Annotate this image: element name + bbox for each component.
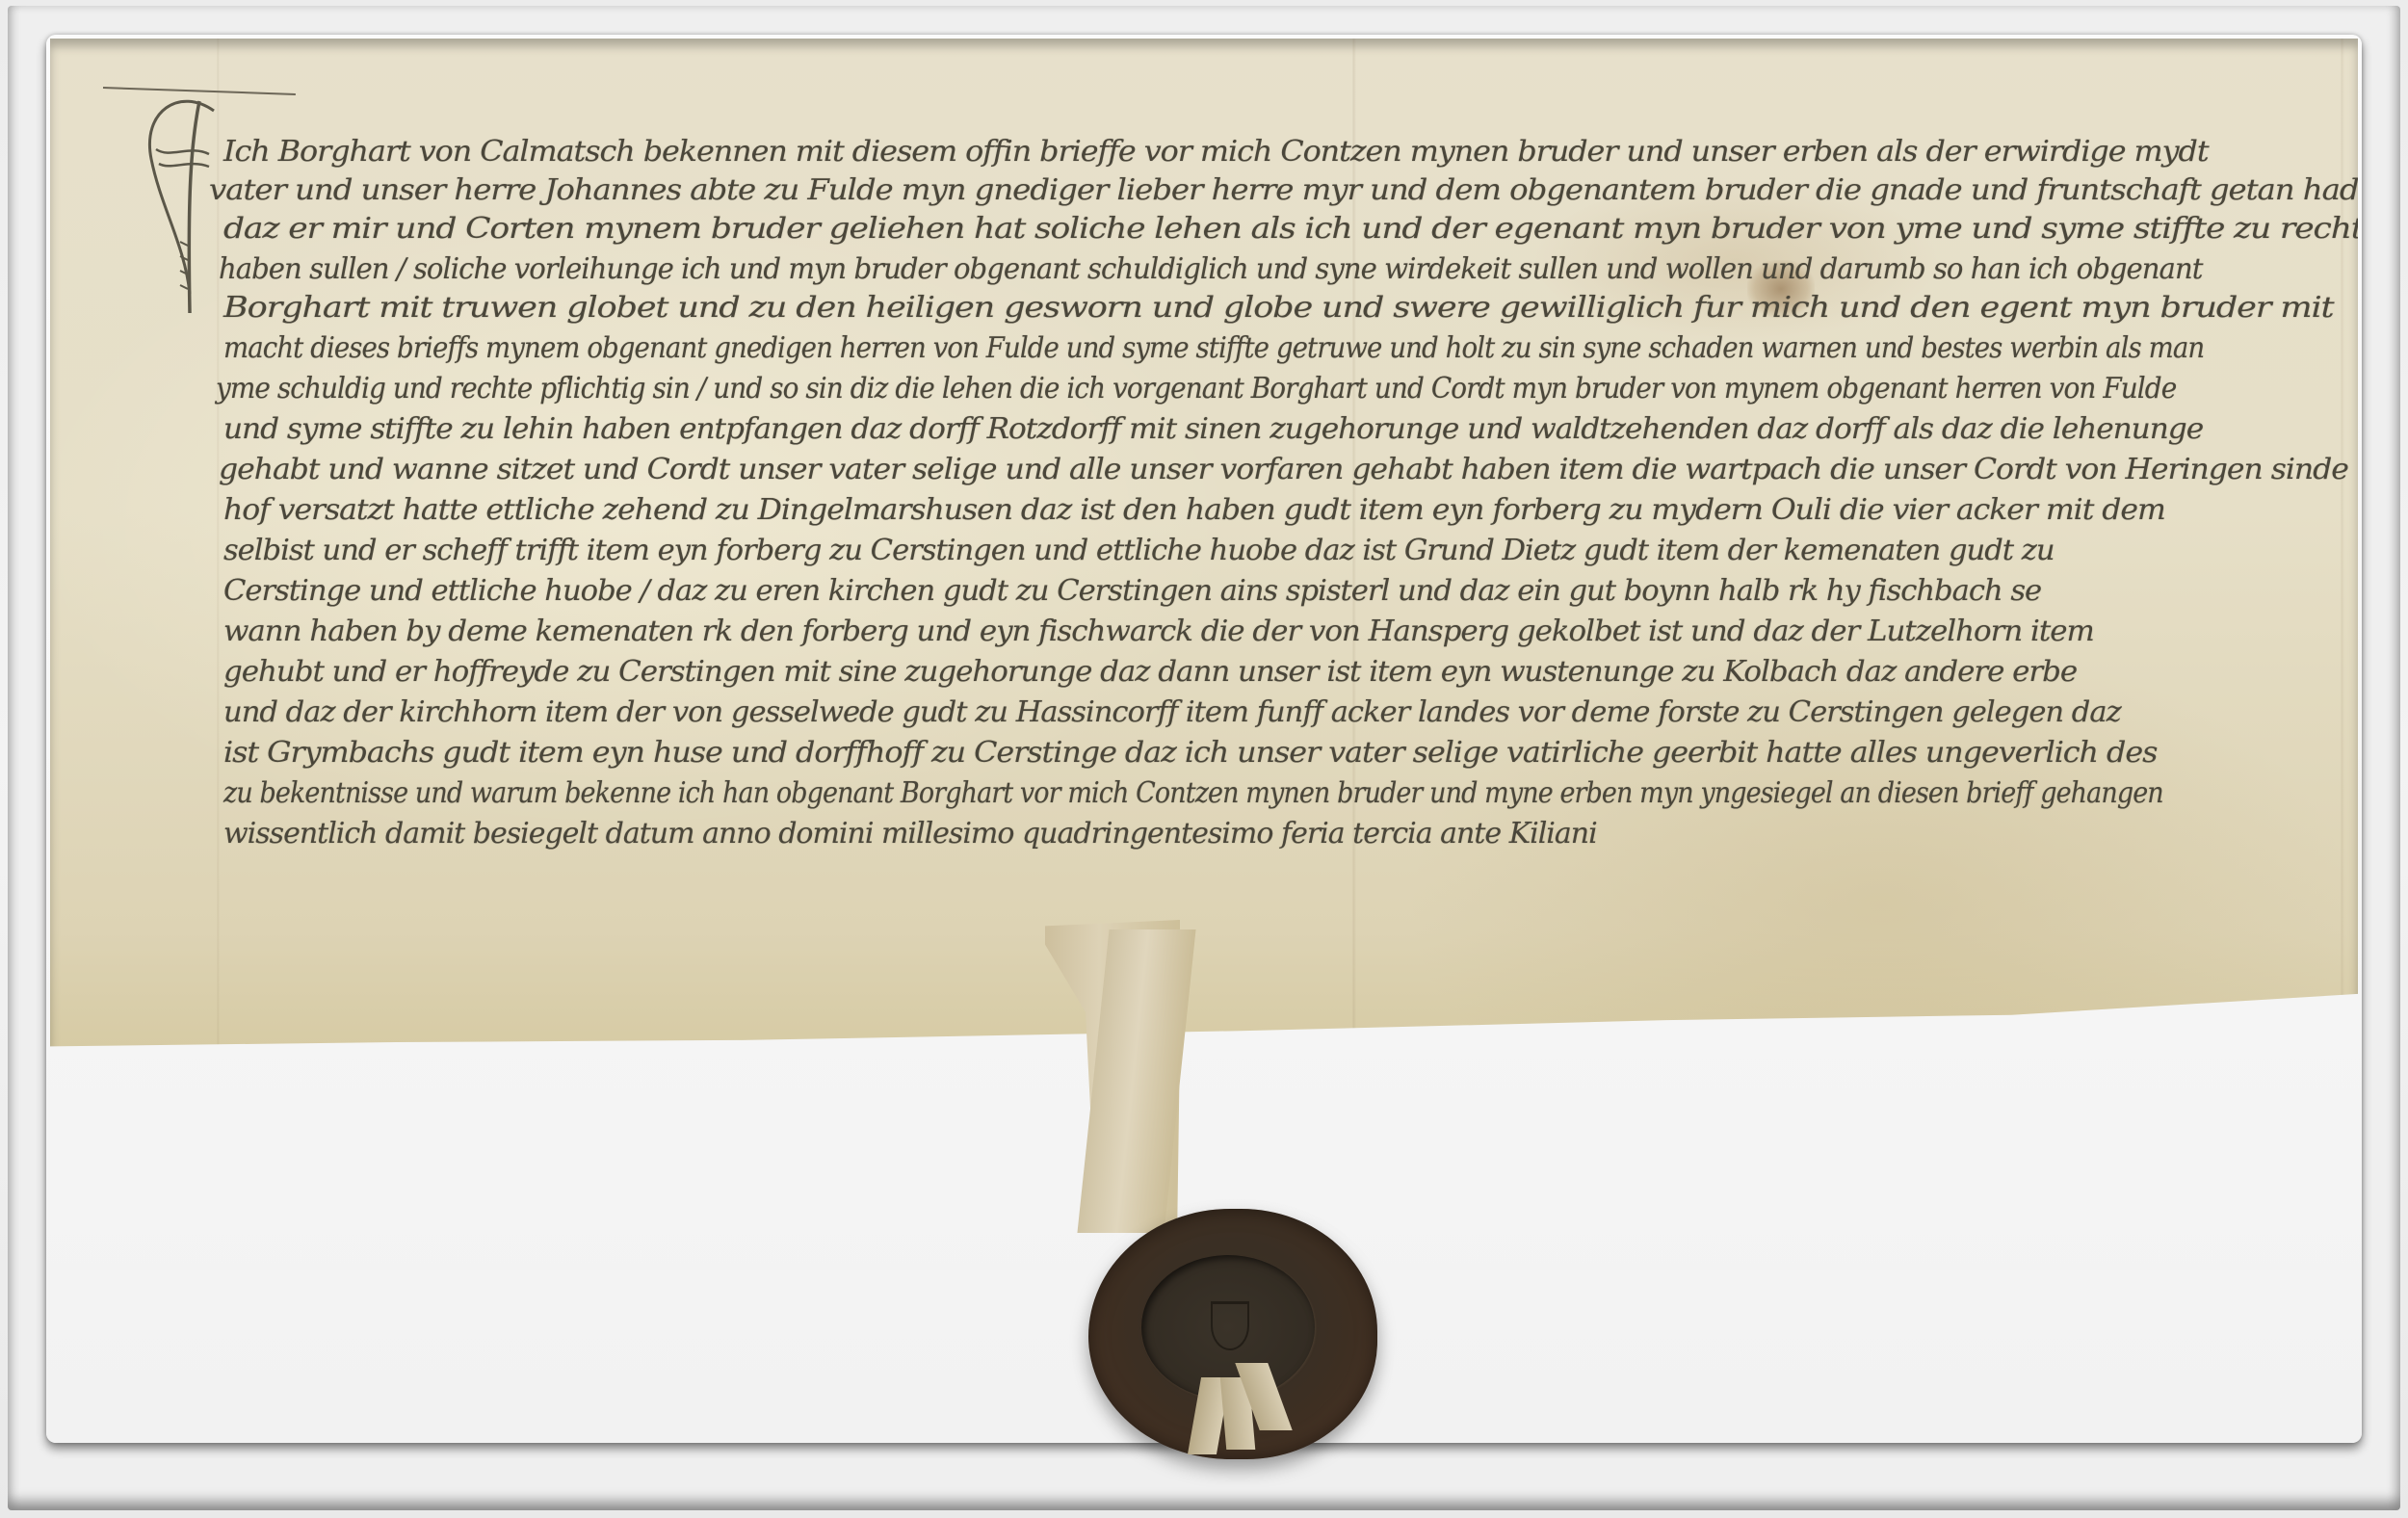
- text-line: vater und unser herre Johannes abte zu F…: [209, 173, 2369, 212]
- text-line: und daz der kirchhorn item der von gesse…: [223, 695, 2121, 734]
- text-line: Ich Borghart von Calmatsch bekennen mit …: [223, 135, 2209, 173]
- text-line: hof versatzt hatte ettliche zehend zu Di…: [223, 493, 2165, 532]
- text-line: und syme stiffte zu lehin haben entpfang…: [223, 412, 2203, 451]
- text-line: selbist und er scheff trifft item eyn fo…: [223, 534, 2055, 572]
- text-line: gehabt und wanne sitzet und Cordt unser …: [219, 453, 2348, 491]
- text-line: yme schuldig und rechte pflichtig sin / …: [216, 372, 2176, 410]
- text-line: gehubt und er hoffreyde zu Cerstingen mi…: [223, 655, 2077, 694]
- text-line: haben sullen / soliche vorleihunge ich u…: [219, 252, 2202, 291]
- text-line: ist Grymbachs gudt item eyn huse und dor…: [223, 736, 2157, 774]
- seal-tag-tails: [1194, 1377, 1310, 1493]
- text-line: Cerstinge und ettliche huobe / daz zu er…: [223, 574, 2041, 613]
- text-line: daz er mir und Corten mynem bruder gelie…: [223, 212, 2382, 250]
- parchment-charter: Ich Borghart von Calmatsch bekennen mit …: [50, 39, 2358, 1088]
- text-line: macht dieses brieffs mynem obgenant gned…: [223, 331, 2204, 370]
- coat-of-arms-shield-icon: [1211, 1301, 1249, 1350]
- text-line: zu bekentnisse und warum bekenne ich han…: [223, 776, 2163, 815]
- text-line: Borghart mit truwen globet und zu den he…: [223, 291, 2333, 329]
- text-line: wissentlich damit besiegelt datum anno d…: [223, 817, 1597, 855]
- text-line: wann haben by deme kemenaten rk den forb…: [223, 615, 2094, 653]
